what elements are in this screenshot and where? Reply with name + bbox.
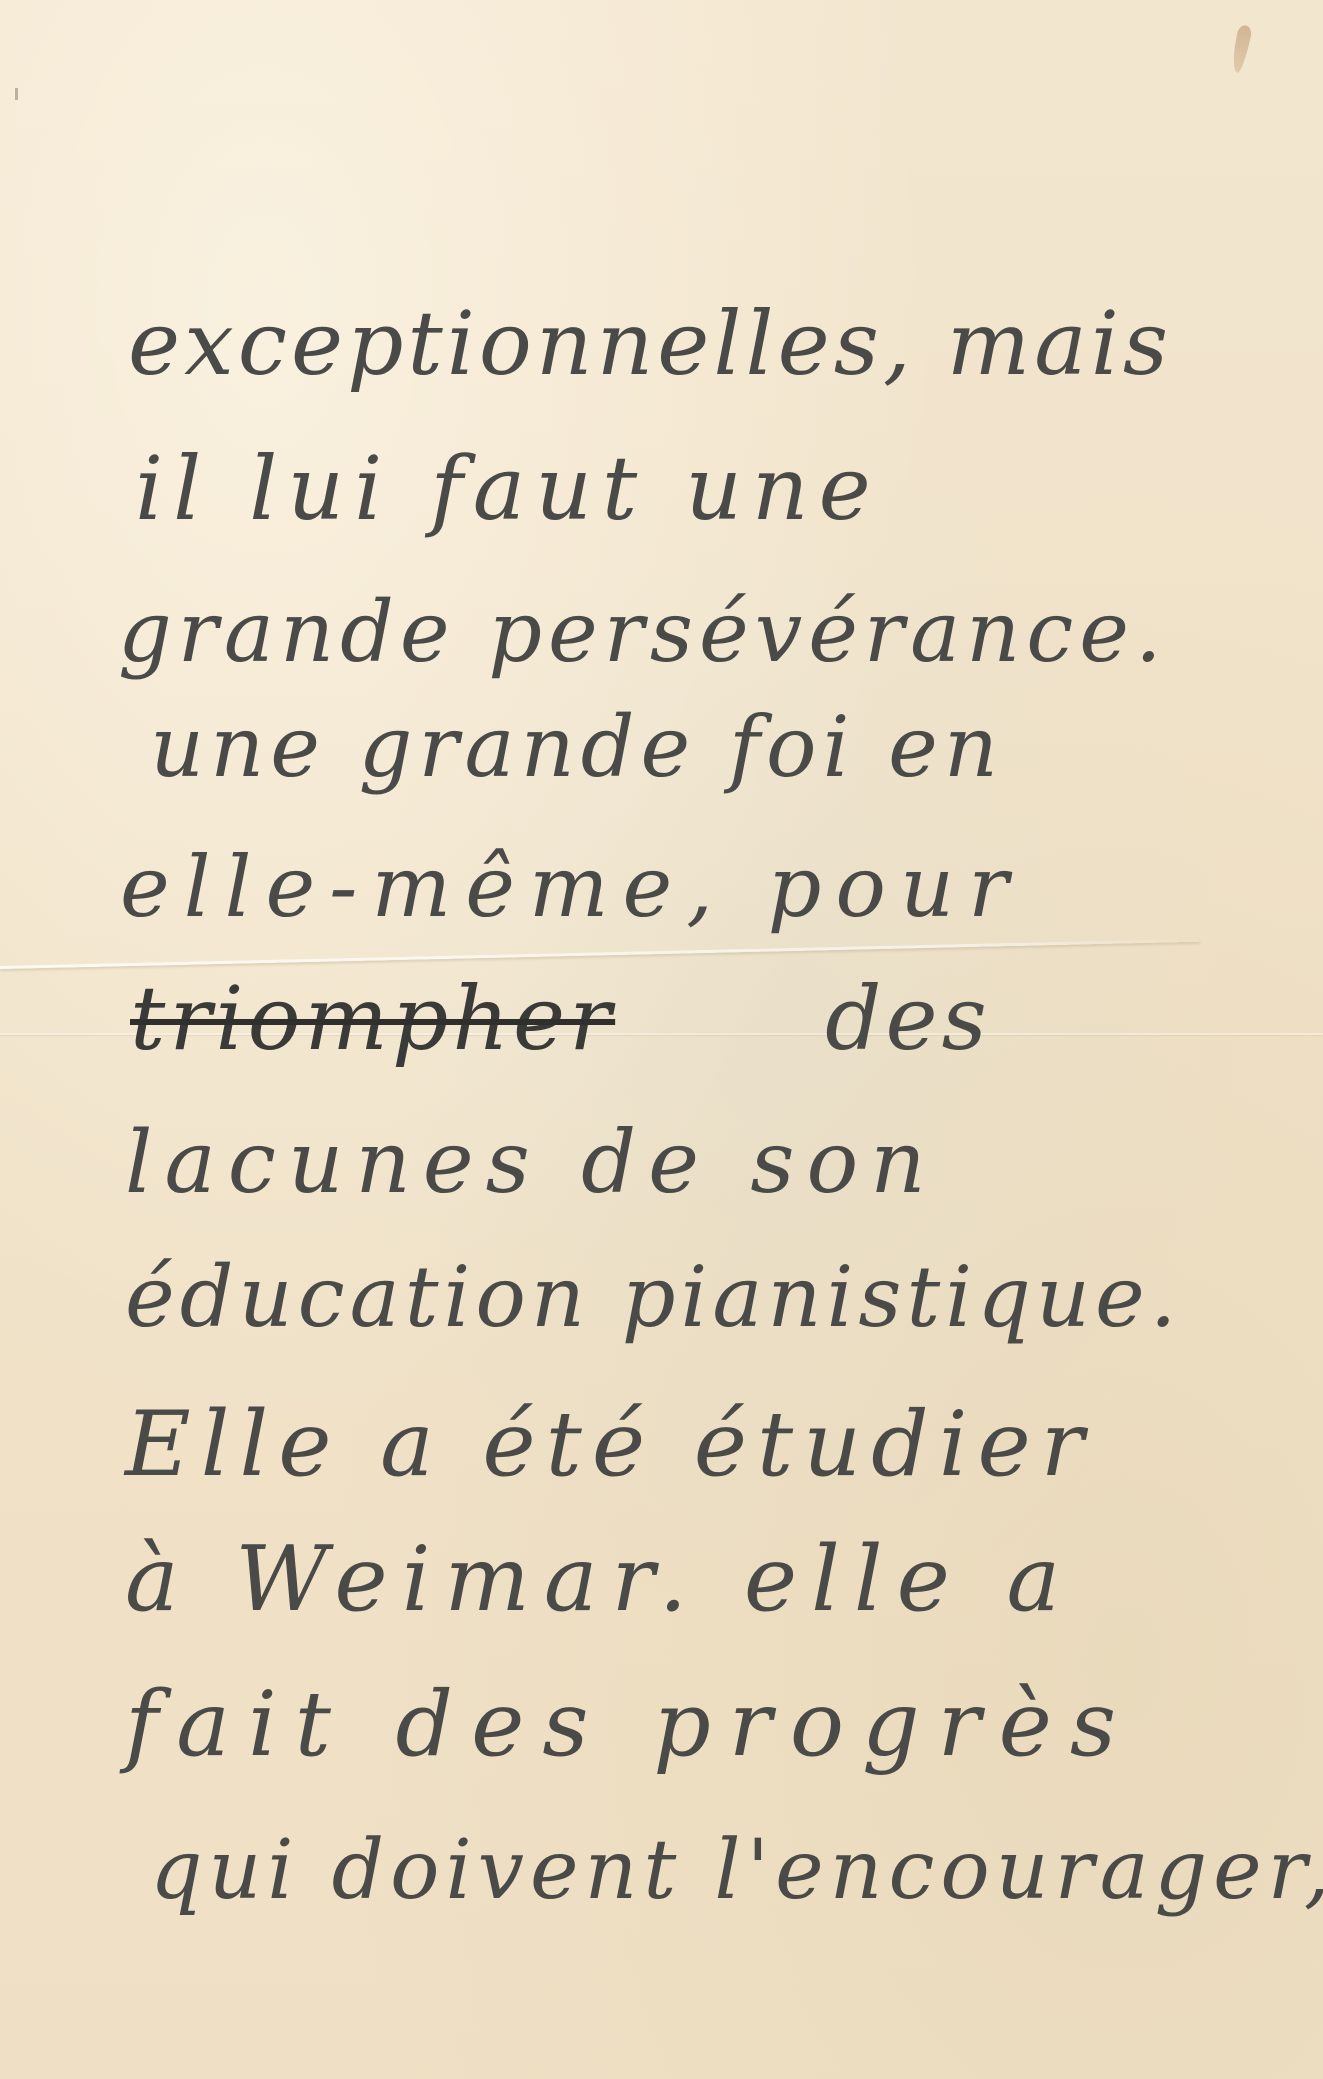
- handwritten-line-1: exceptionnelles, mais: [128, 300, 1172, 388]
- struck-word: triompher: [130, 967, 615, 1070]
- line-text: qui doivent l'encourager,: [150, 1823, 1323, 1918]
- line-text: des: [825, 967, 991, 1070]
- letter-page: exceptionnelles, mais il lui faut une gr…: [0, 0, 1323, 2079]
- handwritten-line-12: qui doivent l'encourager,: [150, 1830, 1323, 1912]
- handwritten-line-2: il lui faut une: [135, 445, 881, 533]
- handwritten-line-5: elle-même, pour: [120, 845, 1022, 929]
- line-text: éducation pianistique.: [125, 1248, 1181, 1346]
- handwritten-line-10: à Weimar. elle a: [125, 1535, 1074, 1625]
- handwritten-line-8: éducation pianistique.: [125, 1255, 1181, 1339]
- paper-tear: [1229, 24, 1253, 74]
- handwritten-line-9: Elle a été étudier: [125, 1400, 1094, 1490]
- line-text: grande persévérance.: [118, 583, 1168, 681]
- ink-speck: [15, 88, 18, 100]
- line-text: exceptionnelles, mais: [128, 292, 1172, 395]
- handwritten-line-3: grande persévérance.: [118, 590, 1168, 674]
- line-text: Elle a été étudier: [125, 1392, 1094, 1497]
- line-text: à Weimar. elle a: [125, 1527, 1074, 1632]
- handwritten-line-6: triompherdes: [130, 975, 991, 1063]
- line-text: lacunes de son: [125, 1113, 938, 1213]
- fold-crease: [0, 939, 1200, 969]
- handwritten-line-4: une grande foi en: [150, 705, 1004, 789]
- line-text: fait des progrès: [125, 1672, 1134, 1777]
- line-text: une grande foi en: [150, 698, 1004, 796]
- handwritten-line-7: lacunes de son: [125, 1120, 938, 1206]
- handwritten-line-11: fait des progrès: [125, 1680, 1134, 1770]
- line-text: elle-même, pour: [120, 838, 1022, 936]
- line-text: il lui faut une: [135, 437, 881, 540]
